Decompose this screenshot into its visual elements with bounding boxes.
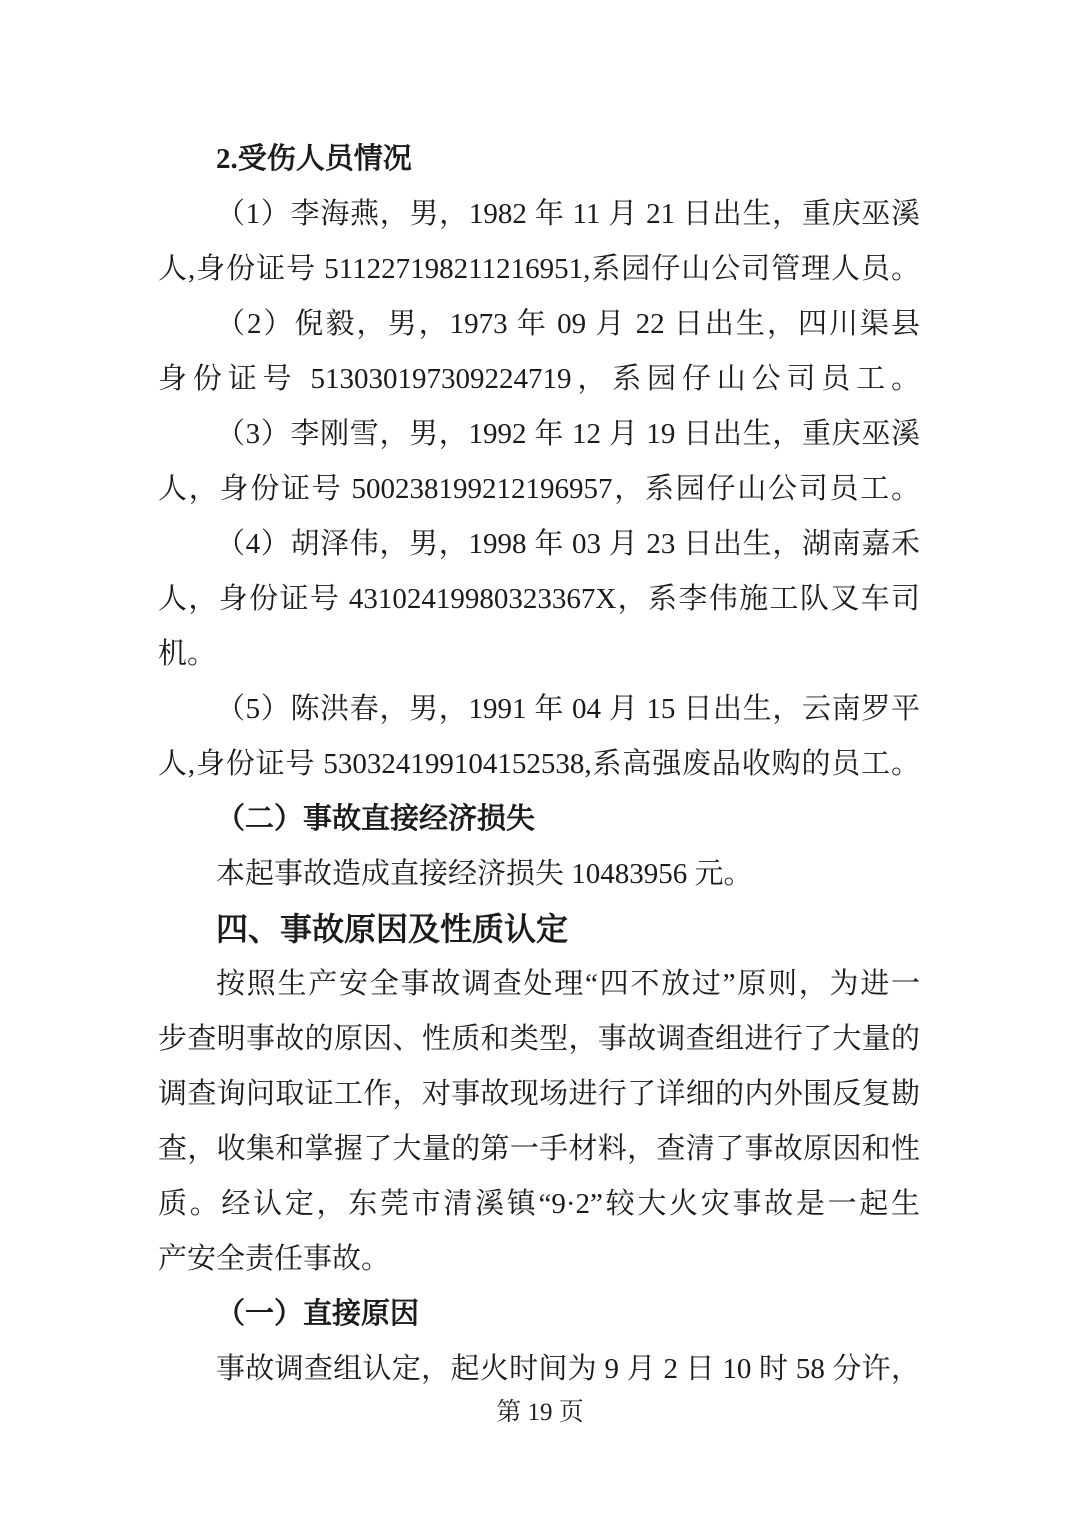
page-number: 第 19 页 xyxy=(496,1399,584,1426)
document-body: 2.受伤人员情况 （1）李海燕，男，1982 年 11 月 21 日出生，重庆巫… xyxy=(158,132,920,1397)
text-line-investigation-3: 调查询问取证工作，对事故现场进行了详细的内外围反复勘 xyxy=(158,1067,920,1122)
text-line-injured-person-3-cont: 人，身份证号 500238199212196957，系园仔山公司员工。 xyxy=(158,462,920,517)
heading-direct-cause: （一）直接原因 xyxy=(158,1287,920,1342)
text-line-injured-person-1: （1）李海燕，男，1982 年 11 月 21 日出生，重庆巫溪 xyxy=(158,187,920,242)
text-line-investigation-2: 步查明事故的原因、性质和类型，事故调查组进行了大量的 xyxy=(158,1012,920,1067)
heading-direct-economic-loss: （二）事故直接经济损失 xyxy=(158,792,920,847)
text-line-investigation-5: 质。经认定，东莞市清溪镇“9·2”较大火灾事故是一起生 xyxy=(158,1177,920,1232)
text-line-injured-person-5: （5）陈洪春，男，1991 年 04 月 15 日出生，云南罗平 xyxy=(158,682,920,737)
text-line-economic-loss-amount: 本起事故造成直接经济损失 10483956 元。 xyxy=(158,847,920,902)
text-line-injured-person-4-cont: 人，身份证号 43102419980323367X，系李伟施工队叉车司 xyxy=(158,572,920,627)
text-line-injured-person-1-cont: 人,身份证号 511227198211216951,系园仔山公司管理人员。 xyxy=(158,242,920,297)
text-line-investigation-end: 产安全责任事故。 xyxy=(158,1232,920,1287)
text-line-injured-person-4: （4）胡泽伟，男，1998 年 03 月 23 日出生，湖南嘉禾 xyxy=(158,517,920,572)
heading-injured-persons-status: 2.受伤人员情况 xyxy=(158,132,920,187)
text-line-investigation-4: 查，收集和掌握了大量的第一手材料，查清了事故原因和性 xyxy=(158,1122,920,1177)
text-line-injured-person-2-cont: 身份证号 513030197309224719，系园仔山公司员工。 xyxy=(158,352,920,407)
text-line-injured-person-3: （3）李刚雪，男，1992 年 12 月 19 日出生，重庆巫溪 xyxy=(158,407,920,462)
text-line-injured-person-2: （2）倪毅，男，1973 年 09 月 22 日出生，四川渠县人， xyxy=(158,297,920,352)
text-line-injured-person-5-cont: 人,身份证号 530324199104152538,系高强废品收购的员工。 xyxy=(158,737,920,792)
page-footer: 第 19 页 xyxy=(0,1396,1080,1430)
text-line-fire-time: 事故调查组认定，起火时间为 9 月 2 日 10 时 58 分许， xyxy=(158,1342,920,1397)
text-line-injured-person-4-end: 机。 xyxy=(158,627,920,682)
text-line-investigation-1: 按照生产安全事故调查处理“四不放过”原则，为进一 xyxy=(158,957,920,1012)
heading-section-4-cause-and-nature: 四、事故原因及性质认定 xyxy=(158,902,920,957)
document-page: 2.受伤人员情况 （1）李海燕，男，1982 年 11 月 21 日出生，重庆巫… xyxy=(0,0,1080,1528)
